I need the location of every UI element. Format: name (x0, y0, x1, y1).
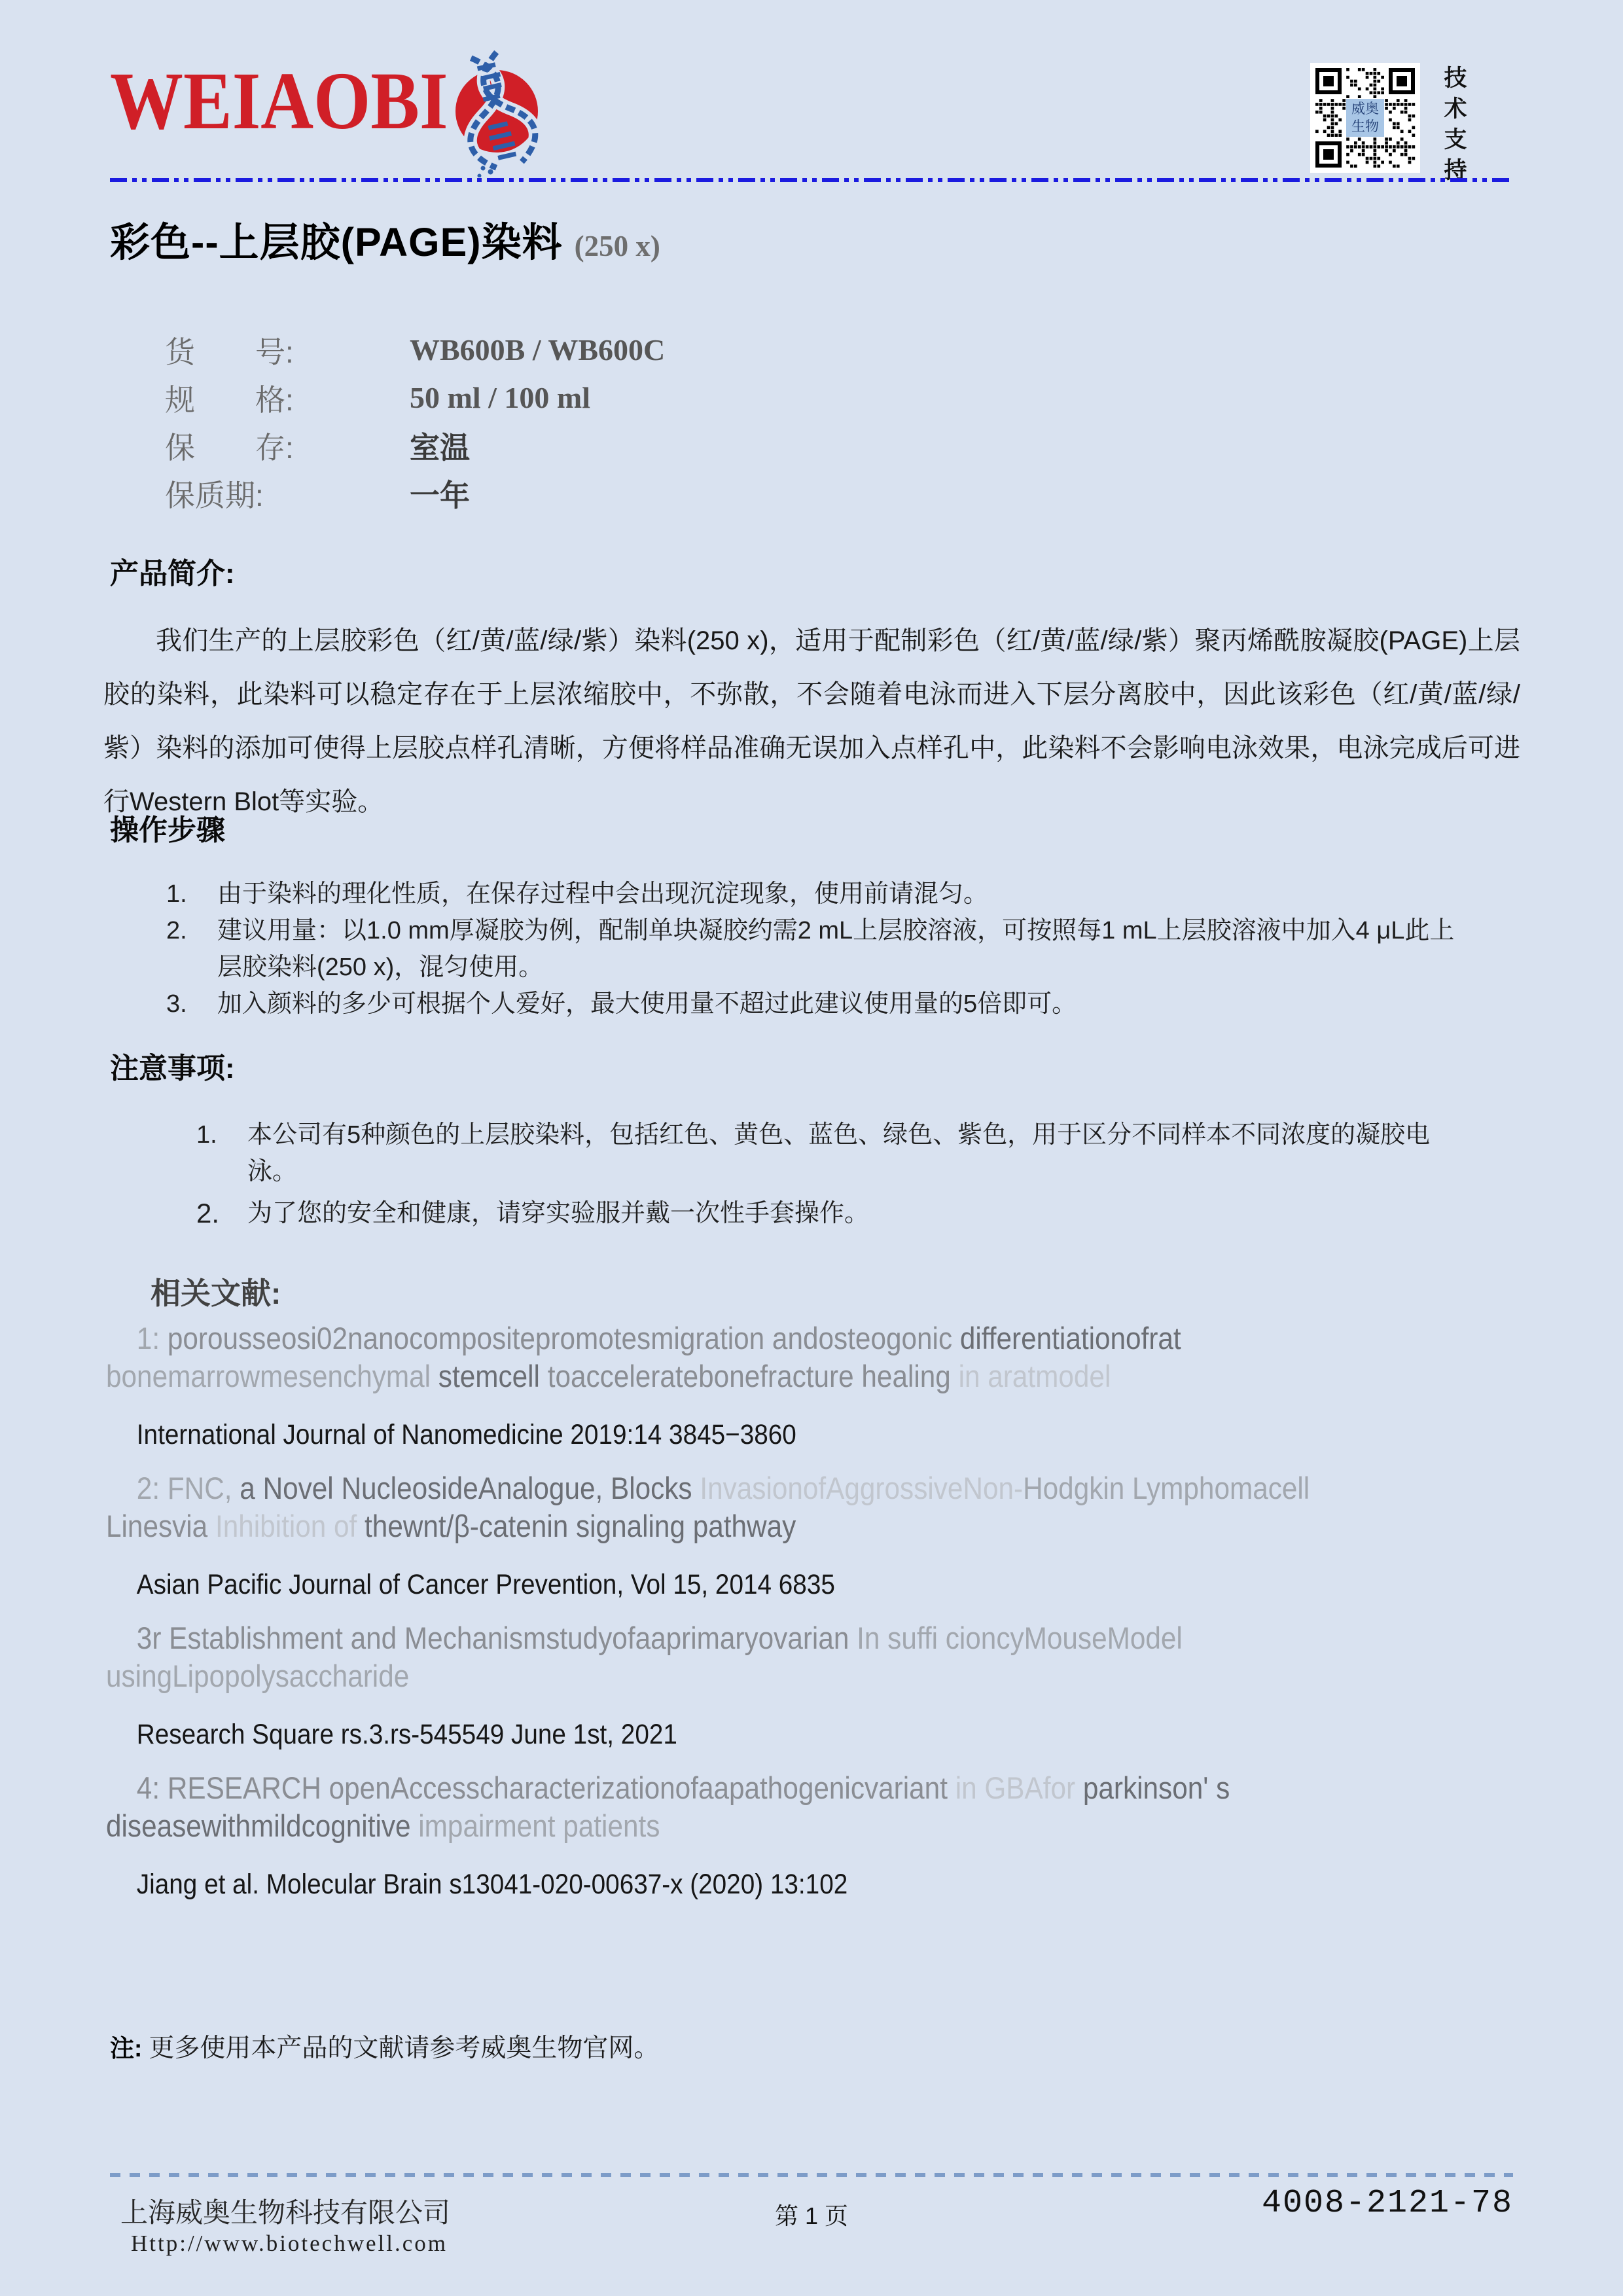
footer-phone-number: 4008-2121-78 (1262, 2185, 1513, 2222)
company-logo: WEIAOBI (110, 60, 544, 181)
footer-page-number: 第 1 页 (775, 2198, 848, 2231)
spec-label: 保 存: (165, 424, 381, 467)
section-heading-intro: 产品简介: (110, 550, 235, 592)
reference-segment: 3r (137, 1621, 169, 1655)
qr-center-line1: 威奥 (1351, 101, 1379, 117)
reference-segment: in GBAfor (955, 1770, 1083, 1805)
reference-segment: Establishment and Mechanismstudyofaaprim… (169, 1621, 857, 1655)
reference-segment: Inhibition of (215, 1509, 365, 1543)
note-item: 本公司有5种颜色的上层胶染料，包括红色、黄色、蓝色、绿色、紫色，用于区分不同样本… (194, 1117, 1476, 1190)
step-item: 建议用量：以1.0 mm厚凝胶为例，配制单块凝胶约需2 mL上层胶溶液，可按照每… (164, 912, 1479, 986)
reference-segment: usingLipopolysaccharide (106, 1659, 409, 1693)
qr-finder-top-left (1315, 68, 1342, 94)
step-item: 由于染料的理化性质，在保存过程中会出现沉淀现象，使用前请混匀。 (164, 876, 1479, 912)
reference-title: 3r Establishment and Mechanismstudyofaap… (106, 1619, 1329, 1695)
reference-segment: InvasionofAggrossiveNon- (700, 1471, 1023, 1505)
reference-title: 4: RESEARCH openAccesscharacterizationof… (106, 1769, 1329, 1845)
reference-segment: differentiationofrat (960, 1321, 1181, 1355)
reference-segment: porousseosi02nanocompositepromotesmigrat… (168, 1321, 772, 1355)
logo-wordmark: WEIAOBI (110, 60, 448, 142)
reference-segment: thewnt/β-catenin signaling pathway (365, 1509, 796, 1543)
reference-segment: 1: (137, 1321, 168, 1355)
qr-center-label: 威奥生物 (1346, 99, 1384, 137)
reference-segment: openAccesscharacterizationofaapathogenic… (329, 1770, 955, 1805)
reference-segment: Linesvia (106, 1509, 215, 1543)
reference-title: 1: porousseosi02nanocompositepromotesmig… (106, 1319, 1329, 1395)
qr-center-line2: 生物 (1351, 118, 1379, 134)
product-specs: 货 号: WB600B / WB600C 规 格: 50 ml / 100 ml… (165, 326, 665, 517)
section-heading-notes: 注意事项: (110, 1045, 235, 1086)
reference-title: 2: FNC, a Novel NucleosideAnalogue, Bloc… (106, 1469, 1329, 1545)
reference-segment: 4: RESEARCH (137, 1770, 329, 1805)
spec-value: WB600B / WB600C (410, 332, 665, 367)
website-note: 注:更多使用本产品的文献请参考威奥生物官网。 (110, 2028, 659, 2064)
section-heading-steps: 操作步骤 (110, 806, 225, 848)
reference-citation: Research Square rs.3.rs-545549 June 1st,… (137, 1719, 1329, 1751)
steps-list: 由于染料的理化性质，在保存过程中会出现沉淀现象，使用前请混匀。 建议用量：以1.… (164, 876, 1479, 1022)
note-label: 注: (110, 2035, 142, 2062)
reference-segment: a Novel NucleosideAnalogue, Blocks (240, 1471, 700, 1505)
note-item: 为了您的安全和健康，请穿实验服并戴一次性手套操作。 (194, 1195, 1476, 1232)
qr-code: 威奥生物 (1310, 63, 1420, 173)
product-title: 彩色--上层胶(PAGE)染料 (110, 211, 563, 268)
spec-value: 50 ml / 100 ml (410, 380, 590, 415)
spec-row-size: 规 格: 50 ml / 100 ml (165, 374, 665, 422)
reference-citation: Asian Pacific Journal of Cancer Preventi… (137, 1569, 1329, 1601)
reference-segment: in aratmodel (959, 1359, 1111, 1393)
reference-segment: toacceleratebonefracture healing (548, 1359, 959, 1393)
spec-row-catalog: 货 号: WB600B / WB600C (165, 326, 665, 374)
spec-label: 货 号: (165, 329, 381, 372)
qr-finder-top-right (1389, 68, 1415, 94)
footer-company-name: 上海威奥生物科技有限公司 (120, 2191, 450, 2231)
reference-segment: Hodgkin Lymphomacell (1023, 1471, 1310, 1505)
reference-segment: impairment patients (418, 1808, 660, 1843)
reference-citation: Jiang et al. Molecular Brain s13041-020-… (137, 1869, 1329, 1901)
spec-value: 一年 (410, 472, 470, 515)
intro-paragraph: 我们生产的上层胶彩色（红/黄/蓝/绿/紫）染料(250 x)，适用于配制彩色（红… (103, 614, 1520, 829)
qr-finder-bottom-left (1315, 141, 1342, 168)
footer-divider-line (110, 2173, 1513, 2177)
spec-row-shelf-life: 保质期: 一年 (165, 469, 665, 517)
footer-website: Http://www.biotechwell.com (131, 2231, 448, 2257)
reference-segment: FNC, (168, 1471, 240, 1505)
product-concentration: (250 x) (575, 229, 660, 263)
notes-list: 本公司有5种颜色的上层胶染料，包括红色、黄色、蓝色、绿色、紫色，用于区分不同样本… (194, 1117, 1476, 1232)
dna-o-icon (446, 43, 544, 181)
spec-value: 室温 (410, 424, 470, 467)
step-item: 加入颜料的多少可根据个人爱好，最大使用量不超过此建议使用量的5倍即可。 (164, 986, 1479, 1022)
page-title: 彩色--上层胶(PAGE)染料 (250 x) (110, 211, 660, 268)
spec-label: 规 格: (165, 376, 381, 420)
note-text: 更多使用本产品的文献请参考威奥生物官网。 (149, 2034, 659, 2062)
reference-segment: andosteogonic (772, 1321, 960, 1355)
reference-segment: In suffi cioncyMouseModel (857, 1621, 1183, 1655)
tech-support-label: 技术支持 (1437, 65, 1470, 188)
reference-citation: International Journal of Nanomedicine 20… (137, 1419, 1329, 1451)
references-block: 1: porousseosi02nanocompositepromotesmig… (106, 1319, 1329, 1901)
reference-segment: 2: (137, 1471, 168, 1505)
reference-segment: bonemarrowmesenchymal (106, 1359, 438, 1393)
reference-segment: stemcell (438, 1359, 548, 1393)
spec-row-storage: 保 存: 室温 (165, 422, 665, 469)
section-heading-references: 相关文献: (151, 1270, 281, 1313)
datasheet-page: WEIAOBI (0, 0, 1623, 2296)
spec-label: 保质期: (165, 472, 381, 515)
header-divider-line (110, 178, 1513, 182)
